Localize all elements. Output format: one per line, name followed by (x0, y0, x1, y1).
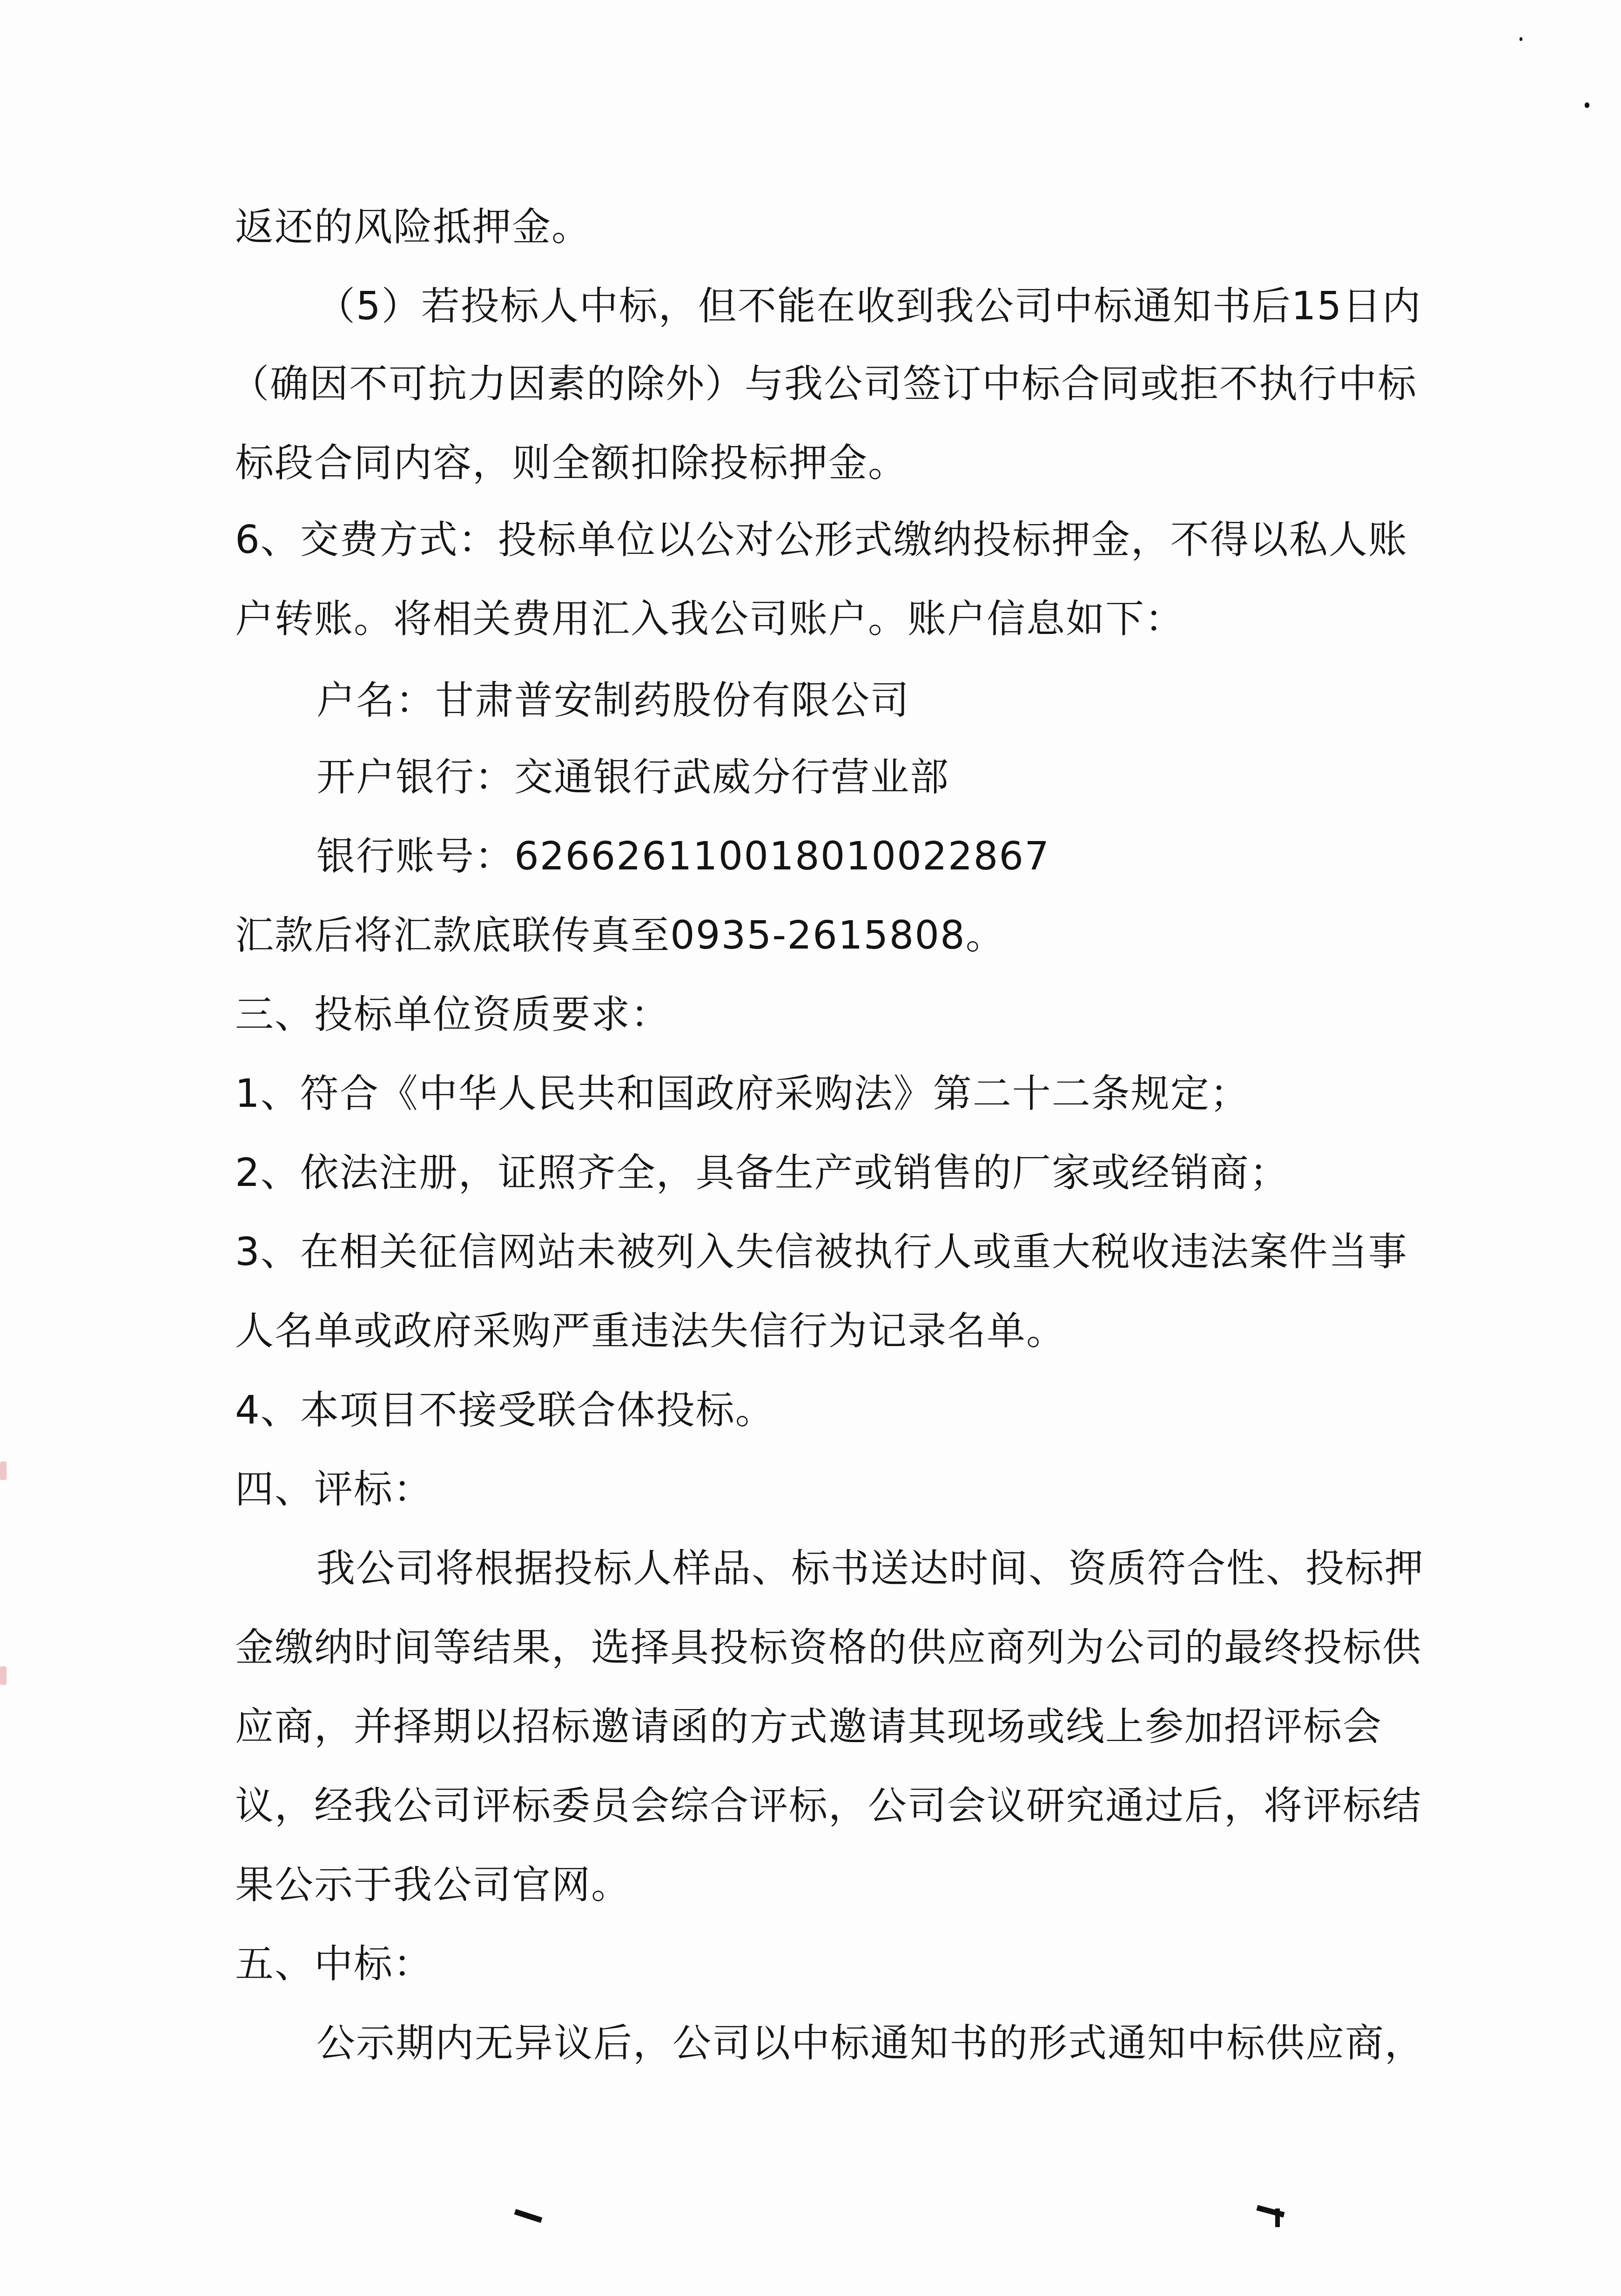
page-mark-left (514, 2209, 543, 2223)
text-line: 4、本项目不接受联合体投标。 (235, 1387, 775, 1434)
scan-speck (1520, 37, 1522, 41)
page-mark-right-tick (1275, 2208, 1280, 2227)
account-name: 户名：甘肃普安制药股份有限公司 (316, 677, 910, 724)
text-line: 应商，并择期以招标邀请函的方式邀请其现场或线上参加招评标会 (235, 1703, 1382, 1750)
stamp-edge (0, 1461, 7, 1480)
text-line: 公示期内无异议后，公司以中标通知书的形式通知中标供应商， (316, 2020, 1424, 2067)
section-heading: 五、中标： (235, 1941, 433, 1987)
text-line: 户转账。将相关费用汇入我公司账户。账户信息如下： (235, 596, 1184, 642)
text-line: 6、交费方式：投标单位以公对公形式缴纳投标押金，不得以私人账 (235, 517, 1408, 563)
bank-name: 开户银行：交通银行武威分行营业部 (316, 754, 949, 801)
text-line: 果公示于我公司官网。 (235, 1862, 631, 1908)
text-line: 人名单或政府采购严重违法失信行为记录名单。 (235, 1308, 1066, 1354)
fax-instruction: 汇款后将汇款底联传真至0935-2615808。 (235, 912, 1005, 959)
text-line: 金缴纳时间等结果，选择具投标资格的供应商列为公司的最终投标供 (235, 1624, 1422, 1671)
text-line: （5）若投标人中标，但不能在收到我公司中标通知书后15日内 (316, 283, 1421, 330)
text-line: 2、依法注册，证照齐全，具备生产或销售的厂家或经销商； (235, 1150, 1289, 1196)
section-heading: 四、评标： (235, 1466, 433, 1513)
text-line: 返还的风险抵押金。 (235, 204, 591, 250)
document-page: 返还的风险抵押金。 （5）若投标人中标，但不能在收到我公司中标通知书后15日内 … (0, 0, 1621, 2296)
text-line: （确因不可抗力因素的除外）与我公司签订中标合同或拒不执行中标 (230, 361, 1417, 407)
stamp-edge (0, 1666, 7, 1685)
text-line: 3、在相关征信网站未被列入失信被执行人或重大税收违法案件当事 (235, 1229, 1408, 1275)
text-line: 我公司将根据投标人样品、标书送达时间、资质符合性、投标押 (316, 1545, 1424, 1592)
scan-speck (1585, 102, 1589, 108)
section-heading: 三、投标单位资质要求： (235, 991, 670, 1038)
text-line: 议，经我公司评标委员会综合评标，公司会议研究通过后，将评标结 (235, 1783, 1422, 1829)
text-line: 1、符合《中华人民共和国政府采购法》第二十二条规定； (235, 1071, 1250, 1117)
text-line: 标段合同内容，则全额扣除投标押金。 (235, 440, 908, 486)
page-mark-right (1256, 2205, 1285, 2217)
account-number: 银行账号：626626110018010022867 (316, 833, 1050, 880)
